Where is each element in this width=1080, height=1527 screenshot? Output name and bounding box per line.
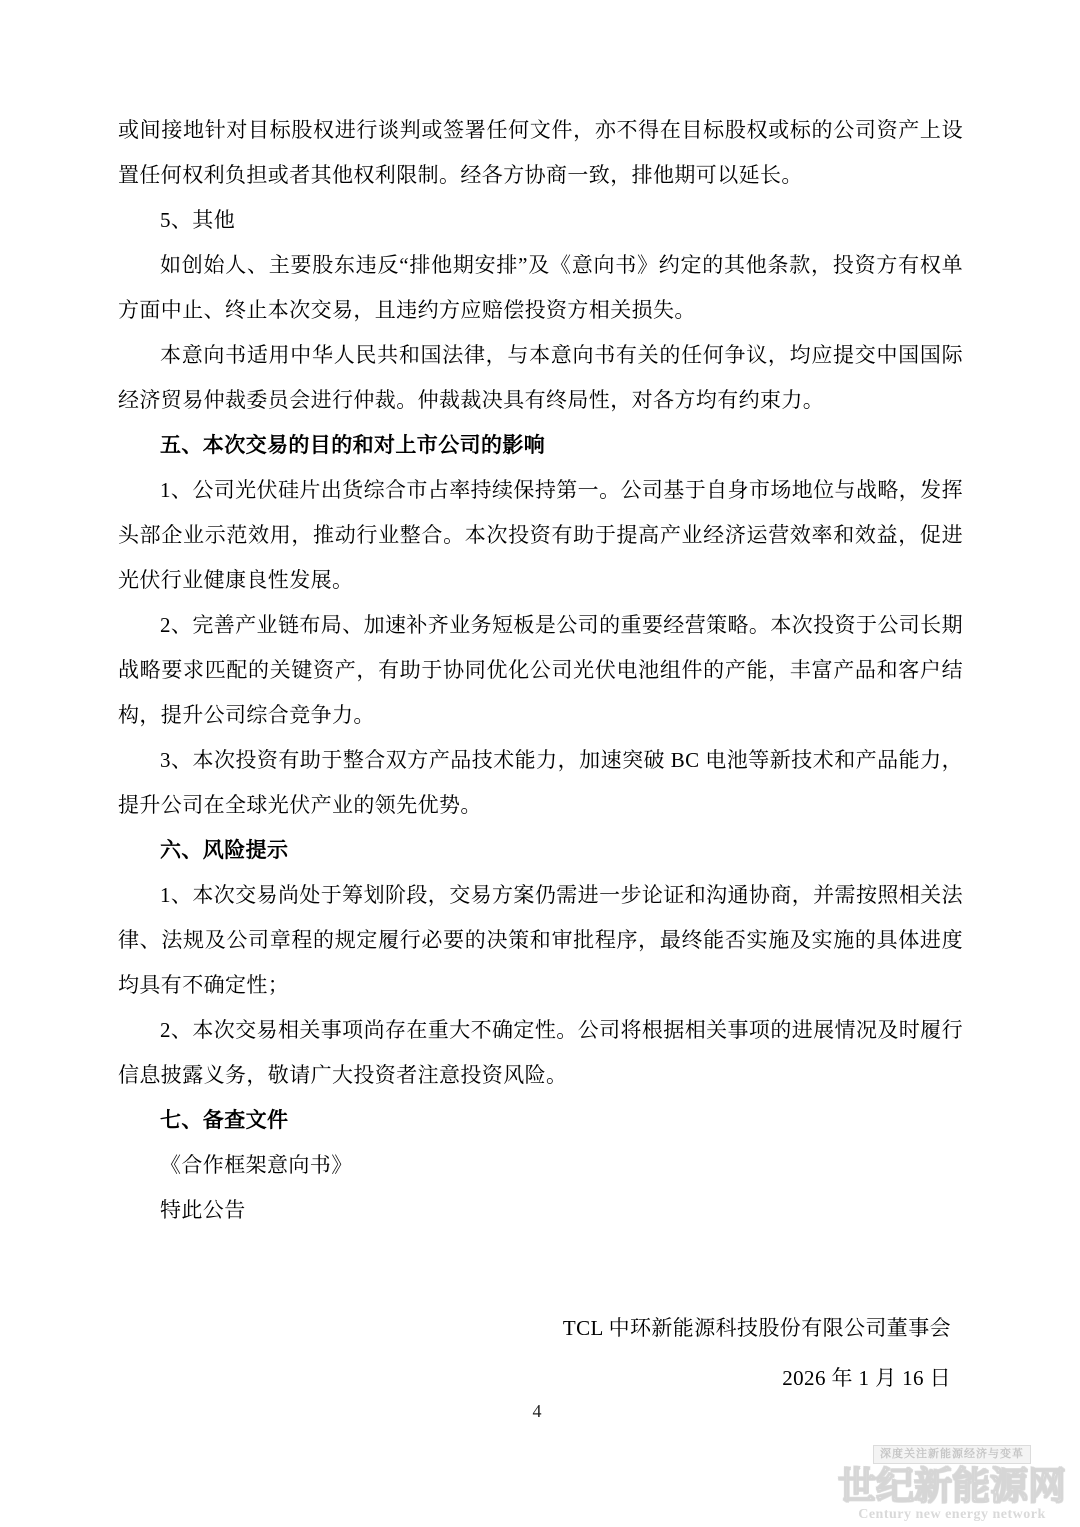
para-reference-document: 《合作框架意向书》 <box>118 1143 963 1188</box>
item-5-other-label: 5、其他 <box>118 198 963 243</box>
signature-date: 2026 年 1 月 16 日 <box>118 1353 951 1403</box>
para-exclusivity-continuation: 或间接地针对目标股权进行谈判或签署任何文件，亦不得在目标股权或标的公司资产上设置… <box>118 108 963 198</box>
watermark-site-subtitle: Century new energy network <box>834 1506 1070 1523</box>
page-number: 4 <box>0 1400 1074 1422</box>
heading-section-5-purpose-impact: 五、本次交易的目的和对上市公司的影响 <box>118 423 963 468</box>
para-section6-point-1: 1、本次交易尚处于筹划阶段，交易方案仍需进一步论证和沟通协商，并需按照相关法律、… <box>118 873 963 1008</box>
heading-section-6-risk-notice: 六、风险提示 <box>118 828 963 873</box>
para-section6-point-2: 2、本次交易相关事项尚存在重大不确定性。公司将根据相关事项的进展情况及时履行信息… <box>118 1008 963 1098</box>
signature-block: TCL 中环新能源科技股份有限公司董事会 2026 年 1 月 16 日 <box>118 1303 963 1403</box>
watermark-logo: 深度关注新能源经济与变革 世纪新能源网 Century new energy n… <box>834 1445 1070 1523</box>
para-section5-point-2: 2、完善产业链布局、加速补齐业务短板是公司的重要经营策略。本次投资于公司长期战略… <box>118 603 963 738</box>
watermark-site-title: 世纪新能源网 <box>834 1465 1070 1509</box>
para-section5-point-1: 1、公司光伏硅片出货综合市占率持续保持第一。公司基于自身市场地位与战略，发挥头部… <box>118 468 963 603</box>
signature-company: TCL 中环新能源科技股份有限公司董事会 <box>118 1303 951 1353</box>
heading-section-7-reference-documents: 七、备查文件 <box>118 1098 963 1143</box>
document-page: 或间接地针对目标股权进行谈判或签署任何文件，亦不得在目标股权或标的公司资产上设置… <box>0 0 1080 1527</box>
document-body: 或间接地针对目标股权进行谈判或签署任何文件，亦不得在目标股权或标的公司资产上设置… <box>118 108 963 1403</box>
para-breach-remedy: 如创始人、主要股东违反“排他期安排”及《意向书》约定的其他条款，投资方有权单方面… <box>118 243 963 333</box>
para-governing-law: 本意向书适用中华人民共和国法律，与本意向书有关的任何争议，均应提交中国国际经济贸… <box>118 333 963 423</box>
para-closing-announcement: 特此公告 <box>118 1188 963 1233</box>
watermark-slogan-banner: 深度关注新能源经济与变革 <box>873 1445 1031 1464</box>
para-section5-point-3: 3、本次投资有助于整合双方产品技术能力，加速突破 BC 电池等新技术和产品能力，… <box>118 738 963 828</box>
